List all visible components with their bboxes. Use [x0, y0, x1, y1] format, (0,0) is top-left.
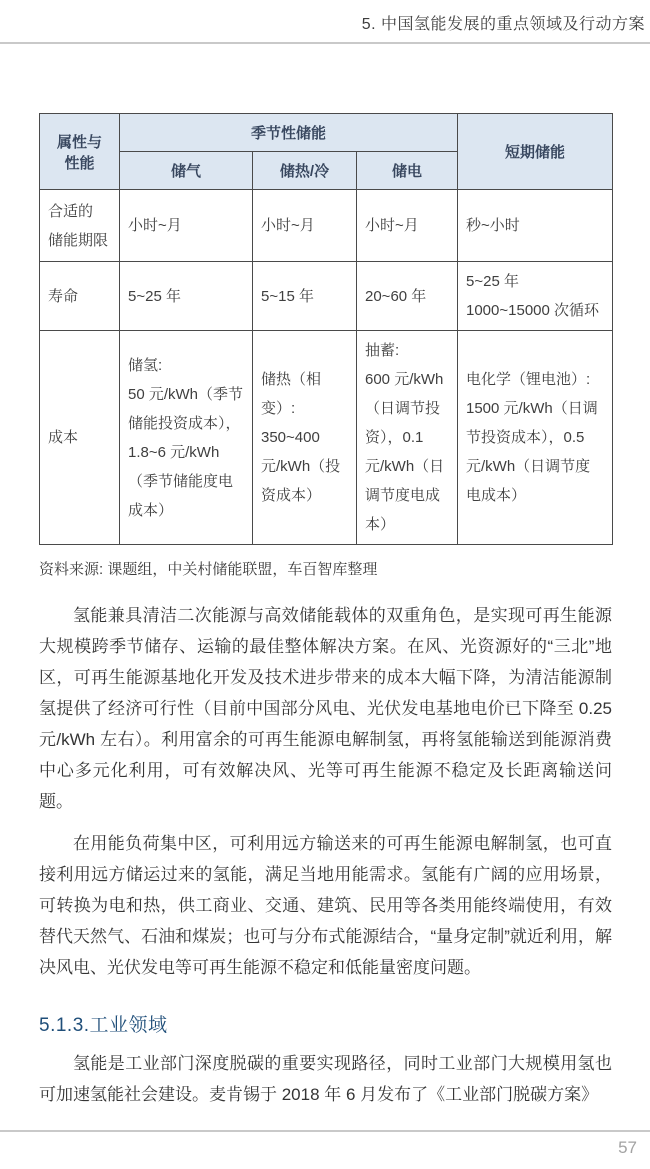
cell-duration-power: 小时~月 — [357, 190, 458, 262]
table-group-header-short-term: 短期储能 — [458, 114, 613, 190]
cell-lifespan-power: 20~60 年 — [357, 262, 458, 331]
body-paragraph-2: 在用能负荷集中区，可利用远方输送来的可再生能源电解制氢，也可直接利用远方储运过来… — [39, 828, 612, 983]
storage-comparison-table: 属性与 性能 季节性储能 短期储能 储气 储热/冷 储电 合适的 储能期限 小时… — [39, 113, 613, 545]
cell-lifespan-gas: 5~25 年 — [120, 262, 253, 331]
cell-cost-gas: 储氢: 50 元/kWh（季节储能投资成本），1.8~6 元/kWh（季节储能度… — [120, 331, 253, 545]
table-row-lifespan: 寿命 5~25 年 5~15 年 20~60 年 5~25 年 1000~150… — [40, 262, 613, 331]
table-source-note: 资料来源: 课题组，中关村储能联盟，车百智库整理 — [39, 558, 612, 579]
document-page: 5. 中国氢能发展的重点领域及行动方案 属性与 性能 季节性储能 短期储能 储气… — [0, 0, 650, 1169]
cell-duration-gas: 小时~月 — [120, 190, 253, 262]
table-row-cost: 成本 储氢: 50 元/kWh（季节储能投资成本），1.8~6 元/kWh（季节… — [40, 331, 613, 545]
table-header: 属性与 性能 季节性储能 短期储能 储气 储热/冷 储电 — [40, 114, 613, 190]
cell-duration-short: 秒~小时 — [458, 190, 613, 262]
row-label-duration: 合适的 储能期限 — [40, 190, 120, 262]
table-subheader-heat: 储热/冷 — [253, 152, 357, 190]
table-row-duration: 合适的 储能期限 小时~月 小时~月 小时~月 秒~小时 — [40, 190, 613, 262]
cell-cost-heat: 储热（相变）: 350~400 元/kWh（投资成本） — [253, 331, 357, 545]
cell-duration-heat: 小时~月 — [253, 190, 357, 262]
row-label-lifespan: 寿命 — [40, 262, 120, 331]
table-body: 合适的 储能期限 小时~月 小时~月 小时~月 秒~小时 寿命 5~25 年 5… — [40, 190, 613, 545]
table-subheader-power: 储电 — [357, 152, 458, 190]
cell-cost-short: 电化学（锂电池）: 1500 元/kWh（日调节投资成本），0.5 元/kWh（… — [458, 331, 613, 545]
body-paragraph-1: 氢能兼具清洁二次能源与高效储能载体的双重角色，是实现可再生能源大规模跨季节储存、… — [39, 600, 612, 817]
page-number: 57 — [618, 1138, 637, 1158]
page-content: 属性与 性能 季节性储能 短期储能 储气 储热/冷 储电 合适的 储能期限 小时… — [39, 113, 612, 1110]
table-subheader-gas: 储气 — [120, 152, 253, 190]
cell-cost-power: 抽蓄: 600 元/kWh（日调节投资），0.1 元/kWh（日调节度电成本） — [357, 331, 458, 545]
table-corner-header: 属性与 性能 — [40, 114, 120, 190]
header-divider — [0, 42, 650, 44]
row-label-cost: 成本 — [40, 331, 120, 545]
section-heading-industry: 5.1.3.工业领域 — [39, 1010, 612, 1037]
cell-lifespan-short: 5~25 年 1000~15000 次循环 — [458, 262, 613, 331]
table-group-header-seasonal: 季节性储能 — [120, 114, 458, 152]
body-paragraph-3: 氢能是工业部门深度脱碳的重要实现路径，同时工业部门大规模用氢也可加速氢能社会建设… — [39, 1048, 612, 1110]
footer-divider — [0, 1130, 650, 1132]
running-header-title: 5. 中国氢能发展的重点领域及行动方案 — [362, 11, 645, 34]
cell-lifespan-heat: 5~15 年 — [253, 262, 357, 331]
